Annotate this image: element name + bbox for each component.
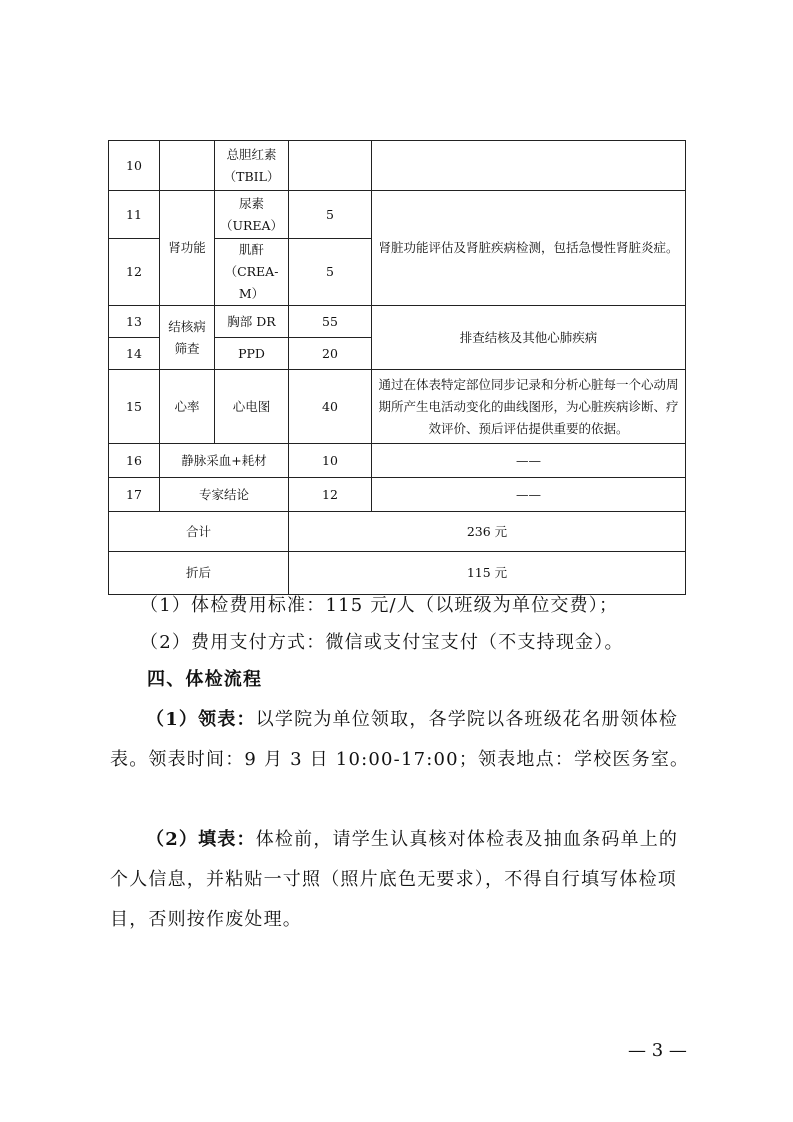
row-number: 14 xyxy=(109,338,160,370)
price-cell: 20 xyxy=(289,338,372,370)
step-2-label: （2）填表： xyxy=(146,829,256,850)
payment-method: （2）费用支付方式：微信或支付宝支付（不支持现金）。 xyxy=(140,623,720,663)
step-1-label: （1）领表： xyxy=(146,709,256,730)
total-value: 236 元 xyxy=(289,512,686,552)
item-cell: 总胆红素（TBIL） xyxy=(215,141,289,191)
category-cell xyxy=(160,141,215,191)
table-row: 11 肾功能 尿素（UREA） 5 肾脏功能评估及肾脏疾病检测，包括急慢性肾脏炎… xyxy=(109,191,686,239)
item-cell: 静脉采血+耗材 xyxy=(160,444,289,478)
description-cell: 排查结核及其他心肺疾病 xyxy=(372,306,686,370)
price-cell: 5 xyxy=(289,239,372,306)
table-row: 15 心率 心电图 40 通过在体表特定部位同步记录和分析心脏每一个心动周期所产… xyxy=(109,370,686,444)
price-cell: 10 xyxy=(289,444,372,478)
description-cell: —— xyxy=(372,444,686,478)
category-cell: 结核病筛查 xyxy=(160,306,215,370)
row-number: 12 xyxy=(109,239,160,306)
item-name: 总胆红素 xyxy=(219,144,284,166)
step-1: （1）领表：以学院为单位领取，各学院以各班级花名册领体检表。领表时间：9 月 3… xyxy=(110,700,690,780)
price-cell xyxy=(289,141,372,191)
item-code: （TBIL） xyxy=(219,166,284,188)
row-number: 11 xyxy=(109,191,160,239)
category-cell: 肾功能 xyxy=(160,191,215,306)
category-cell: 心率 xyxy=(160,370,215,444)
item-name: 肌酐 xyxy=(219,239,284,261)
price-cell: 12 xyxy=(289,478,372,512)
section-heading: 四、体检流程 xyxy=(147,660,727,700)
total-label: 合计 xyxy=(109,512,289,552)
price-cell: 40 xyxy=(289,370,372,444)
description-cell: 肾脏功能评估及肾脏疾病检测，包括急慢性肾脏炎症。 xyxy=(372,191,686,306)
item-cell: 心电图 xyxy=(215,370,289,444)
item-cell: 胸部 DR xyxy=(215,306,289,338)
table-row: 17 专家结论 12 —— xyxy=(109,478,686,512)
total-row: 合计 236 元 xyxy=(109,512,686,552)
table-row: 13 结核病筛查 胸部 DR 55 排查结核及其他心肺疾病 xyxy=(109,306,686,338)
description-cell xyxy=(372,141,686,191)
price-cell: 5 xyxy=(289,191,372,239)
description-cell: —— xyxy=(372,478,686,512)
item-cell: PPD xyxy=(215,338,289,370)
row-number: 17 xyxy=(109,478,160,512)
price-cell: 55 xyxy=(289,306,372,338)
item-cell: 肌酐（CREA-M） xyxy=(215,239,289,306)
row-number: 15 xyxy=(109,370,160,444)
row-number: 13 xyxy=(109,306,160,338)
fee-standard: （1）体检费用标准：115 元/人（以班级为单位交费）； xyxy=(140,586,720,626)
item-name: 尿素 xyxy=(219,193,284,215)
exam-items-table: 10 总胆红素（TBIL） 11 肾功能 尿素（UREA） 5 肾脏功能评估及肾… xyxy=(108,140,686,595)
row-number: 10 xyxy=(109,141,160,191)
item-code: （UREA） xyxy=(219,215,284,237)
table-row: 16 静脉采血+耗材 10 —— xyxy=(109,444,686,478)
row-number: 16 xyxy=(109,444,160,478)
step-2: （2）填表：体检前，请学生认真核对体检表及抽血条码单上的个人信息，并粘贴一寸照（… xyxy=(110,820,690,940)
item-cell: 尿素（UREA） xyxy=(215,191,289,239)
item-cell: 专家结论 xyxy=(160,478,289,512)
description-cell: 通过在体表特定部位同步记录和分析心脏每一个心动周期所产生电活动变化的曲线图形，为… xyxy=(372,370,686,444)
item-code: （CREA-M） xyxy=(219,261,284,305)
table-row: 10 总胆红素（TBIL） xyxy=(109,141,686,191)
page-number: — 3 — xyxy=(628,1040,687,1061)
